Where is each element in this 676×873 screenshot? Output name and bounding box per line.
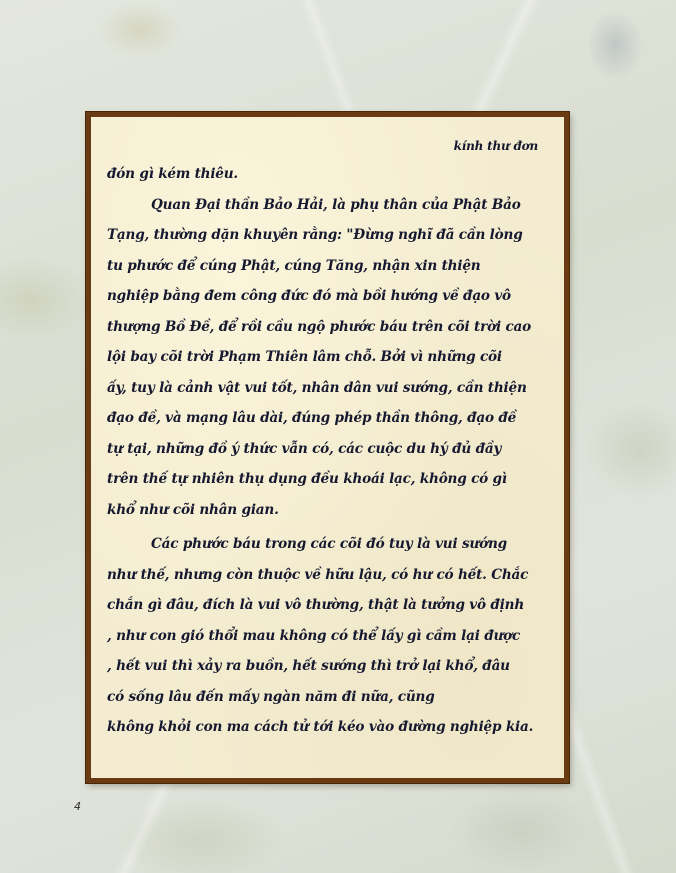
text-line: lội bay cõi trời Phạm Thiên lâm chỗ. Bởi… bbox=[107, 342, 542, 373]
text-line: Các phước báu trong các cõi đó tuy là vu… bbox=[107, 529, 542, 560]
text-line: khổ như cõi nhân gian. bbox=[107, 495, 542, 526]
header-note: kính thư đơn bbox=[107, 133, 542, 159]
text-line: nghiệp bằng đem công đức đó mà bồi hướng… bbox=[107, 281, 542, 312]
text-line: không khỏi con ma cách tử tới kéo vào đư… bbox=[107, 712, 542, 743]
text-line: có sống lâu đến mấy ngàn năm đi nữa, cũn… bbox=[107, 682, 542, 713]
letter-frame: kính thư đơn đón gì kém thiêu. Quan Đại … bbox=[86, 112, 569, 783]
text-line: ấy, tuy là cảnh vật vui tốt, nhân dân vu… bbox=[107, 373, 542, 404]
text-line: Tạng, thường dặn khuyên rằng: "Đừng nghĩ… bbox=[107, 220, 542, 251]
continuation-line: đón gì kém thiêu. bbox=[107, 159, 542, 190]
text-line: tự tại, những đồ ý thức vẫn có, các cuộc… bbox=[107, 434, 542, 465]
paragraph-1: Quan Đại thần Bảo Hải, là phụ thân của P… bbox=[107, 190, 542, 526]
text-line: Quan Đại thần Bảo Hải, là phụ thân của P… bbox=[107, 190, 542, 221]
text-line: , hết vui thì xảy ra buồn, hết sướng thì… bbox=[107, 651, 542, 682]
text-line: , như con gió thổi mau không có thể lấy … bbox=[107, 621, 542, 652]
text-line: thượng Bồ Đề, để rồi cầu ngộ phước báu t… bbox=[107, 312, 542, 343]
paragraph-2: Các phước báu trong các cõi đó tuy là vu… bbox=[107, 529, 542, 743]
letter-paper: kính thư đơn đón gì kém thiêu. Quan Đại … bbox=[91, 117, 564, 778]
text-line: đạo đề, và mạng lâu dài, đúng phép thần … bbox=[107, 403, 542, 434]
text-line: tu phước để cúng Phật, cúng Tăng, nhận x… bbox=[107, 251, 542, 282]
text-line: chắn gì đâu, đích là vui vô thường, thật… bbox=[107, 590, 542, 621]
page-number: 4 bbox=[74, 800, 81, 813]
text-line: trên thế tự nhiên thụ dụng đều khoái lạc… bbox=[107, 464, 542, 495]
text-line: như thế, nhưng còn thuộc về hữu lậu, có … bbox=[107, 560, 542, 591]
